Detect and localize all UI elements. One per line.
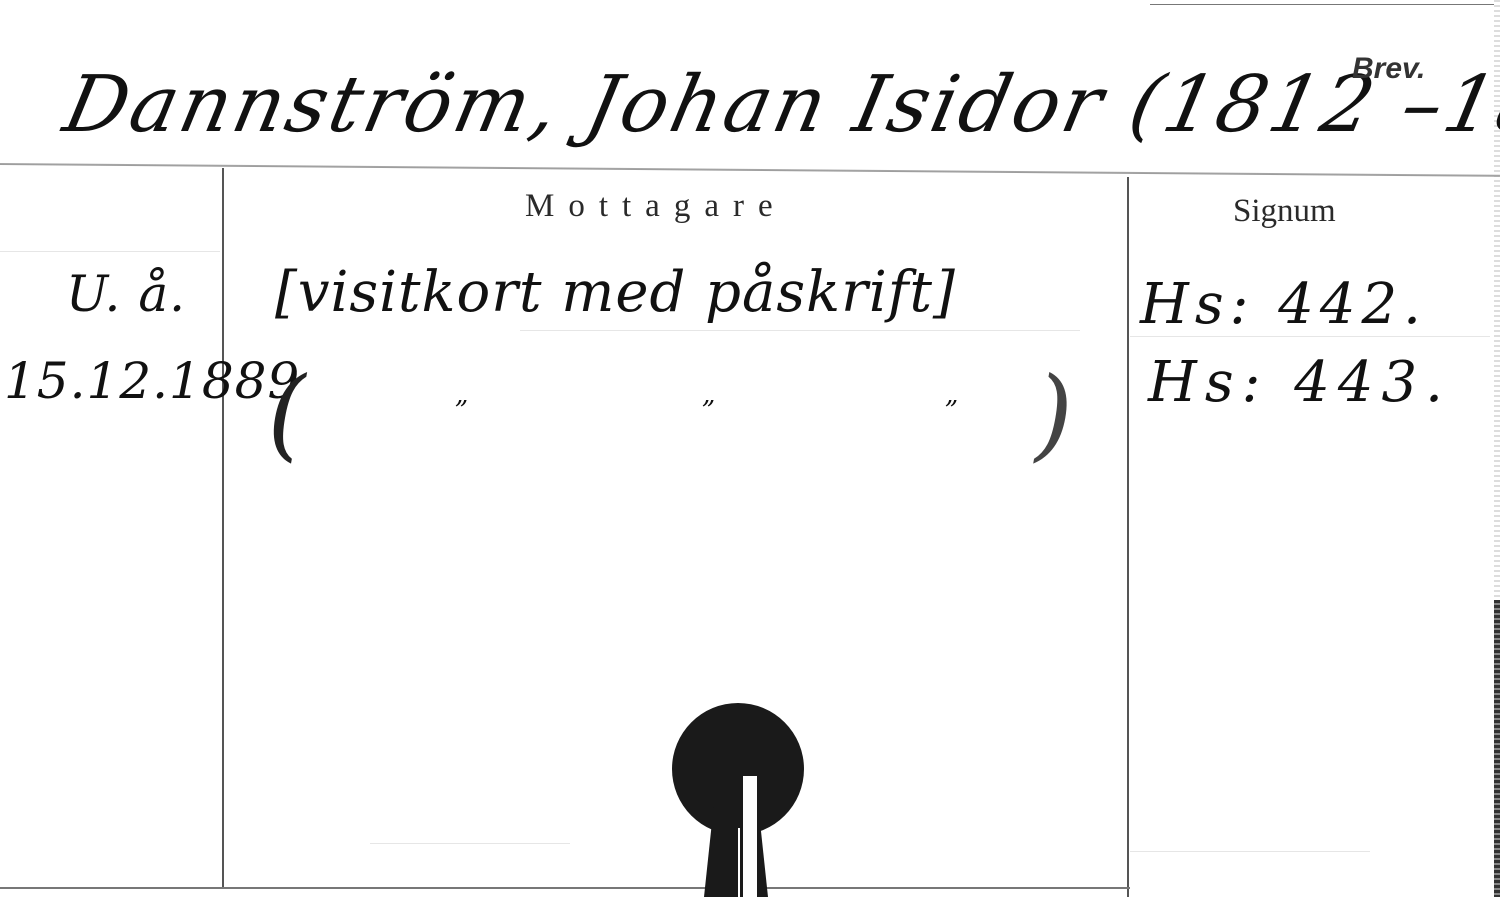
- punch-slot-line: [738, 828, 740, 897]
- punch-slot: [743, 776, 757, 897]
- faint-rule: [520, 330, 1080, 331]
- entry-2-signum: Hs: 443.: [1148, 350, 1451, 415]
- author-life-dates: (1812 –1897): [1122, 60, 1500, 150]
- recipient-column-header: Mottagare: [525, 188, 787, 225]
- category-label: Brev.: [1352, 52, 1425, 86]
- entry-1-date: U. å.: [66, 265, 186, 323]
- faint-rule: [370, 843, 570, 844]
- keyhole-punch-icon: [672, 703, 804, 897]
- ditto-mark: „: [702, 380, 716, 410]
- bottom-rule: [0, 887, 1130, 889]
- header-rule: [0, 163, 1500, 177]
- ditto-mark: „: [945, 380, 959, 410]
- top-border: [1150, 4, 1498, 5]
- entry-2-bracket-close: ): [1025, 355, 1086, 472]
- faint-rule: [1130, 851, 1370, 852]
- entry-1-signum: Hs: 442.: [1140, 272, 1427, 337]
- ditto-mark: „: [455, 380, 469, 410]
- punch-stem: [704, 803, 768, 897]
- entry-2-date: 15.12.1889: [4, 352, 300, 410]
- author-name: Dannström, Johan Isidor: [56, 60, 1113, 150]
- card-heading: Dannström, Johan Isidor (1812 –1897): [56, 60, 1500, 150]
- column-divider-left: [222, 168, 224, 888]
- right-edge-scan-dark: [1494, 600, 1500, 897]
- signum-column-header: Signum: [1233, 193, 1336, 230]
- catalog-card: Dannström, Johan Isidor (1812 –1897) Bre…: [0, 0, 1500, 897]
- column-divider-right: [1127, 177, 1129, 897]
- faint-rule: [0, 251, 220, 252]
- entry-1-recipient: [visitkort med påskrift]: [275, 260, 956, 325]
